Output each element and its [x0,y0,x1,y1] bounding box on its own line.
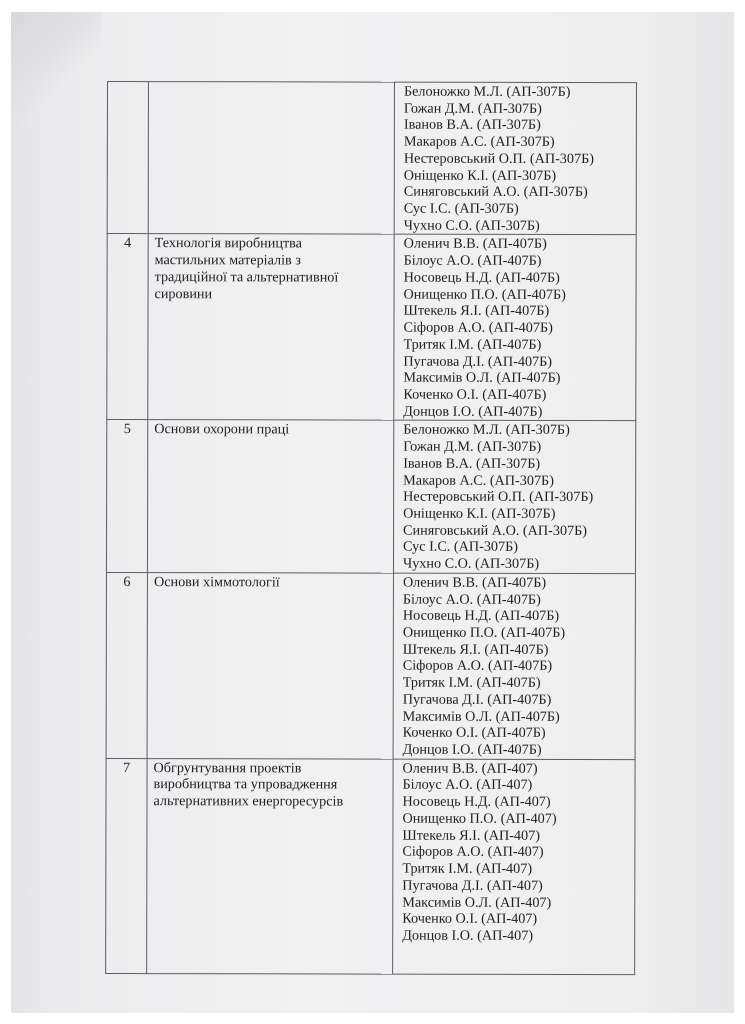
student-entry: Штекель Я.І. (АП-407) [402,827,634,844]
student-entry: Нестеровський О.П. (АП-307Б) [404,150,636,167]
student-entry: Чухно С.О. (АП-307Б) [404,217,636,234]
subject-cell [148,82,394,235]
student-entry: Пугачова Д.І. (АП-407) [402,877,634,894]
student-entry: Тритяк І.М. (АП-407Б) [403,336,635,353]
student-entry: Максимів О.Л. (АП-407) [402,894,634,911]
student-entry: Іванов В.А. (АП-307Б) [404,117,636,134]
table-row: 6 Основи хіммотології Оленич В.В. (АП-40… [106,572,635,759]
row-number-cell: 6 [106,572,147,758]
student-entry: Сус І.С. (АП-307Б) [403,539,635,556]
student-entry: Тритяк І.М. (АП-407Б) [403,675,635,692]
student-entry: Онищенко П.О. (АП-407) [402,811,634,828]
student-list: Белоножко М.Л. (АП-307Б)Гожан Д.М. (АП-3… [404,83,636,235]
student-entry: Носовець Н.Д. (АП-407Б) [403,608,635,625]
students-cell: Оленич В.В. (АП-407Б)Білоус А.О. (АП-407… [394,235,636,421]
student-entry: Коченко О.І. (АП-407Б) [403,725,635,742]
page-fold-shadow [11,12,101,132]
subject-name: Основи хіммотології [154,573,386,591]
row-number: 5 [107,420,147,438]
student-entry: Чухно С.О. (АП-307Б) [403,556,635,573]
student-entry: Носовець Н.Д. (АП-407Б) [404,270,636,287]
student-entry: Белоножко М.Л. (АП-307Б) [404,84,636,101]
table-row: 4 Технологія виробництва мастильних мате… [107,234,636,421]
students-cell: Оленич В.В. (АП-407Б)Білоус А.О. (АП-407… [393,573,635,759]
student-entry: Макаров А.С. (АП-307Б) [403,472,635,489]
student-entry: Синяговський А.О. (АП-307Б) [403,522,635,539]
student-entry: Оленич В.В. (АП-407Б) [403,574,635,591]
student-entry: Сіфоров А.О. (АП-407Б) [403,320,635,337]
student-entry: Сіфоров А.О. (АП-407) [402,844,634,861]
student-entry: Пугачова Д.І. (АП-407Б) [403,691,635,708]
student-entry: Оніщенко К.І. (АП-307Б) [404,167,636,184]
student-entry: Штекель Я.І. (АП-407Б) [403,641,635,658]
row-number: 7 [107,759,147,777]
row-number [108,82,148,83]
student-list: Оленич В.В. (АП-407)Білоус А.О. (АП-407)… [402,759,634,944]
student-entry: Тритяк І.М. (АП-407) [402,861,634,878]
student-entry: Донцов І.О. (АП-407) [402,928,634,945]
student-entry: Носовець Н.Д. (АП-407) [402,794,634,811]
students-cell: Оленич В.В. (АП-407)Білоус А.О. (АП-407)… [393,759,635,975]
student-entry: Оніщенко К.І. (АП-307Б) [403,506,635,523]
student-entry: Оленич В.В. (АП-407Б) [404,236,636,253]
row-number-cell: 4 [107,234,148,420]
row-number-cell [107,82,148,235]
students-cell: Белоножко М.Л. (АП-307Б)Гожан Д.М. (АП-3… [394,82,636,235]
student-entry: Донцов І.О. (АП-407Б) [403,742,635,759]
student-entry: Белоножко М.Л. (АП-307Б) [403,422,635,439]
student-entry: Білоус А.О. (АП-407Б) [403,591,635,608]
student-entry: Пугачова Д.І. (АП-407Б) [403,353,635,370]
student-list: Оленич В.В. (АП-407Б)Білоус А.О. (АП-407… [403,573,635,758]
subject-name: Основи охорони праці [154,420,386,438]
students-cell: Белоножко М.Л. (АП-307Б)Гожан Д.М. (АП-3… [393,420,635,573]
student-entry: Сус І.С. (АП-307Б) [404,201,636,218]
student-entry: Донцов І.О. (АП-407Б) [403,403,635,420]
row-number-cell: 5 [106,420,147,573]
subject-cell: Обгрунтування проектів виробництва та уп… [147,758,393,974]
student-entry: Гожан Д.М. (АП-307Б) [403,439,635,456]
table-row: Белоножко М.Л. (АП-307Б)Гожан Д.М. (АП-3… [107,82,636,236]
student-entry: Нестеровський О.П. (АП-307Б) [403,489,635,506]
student-entry: Штекель Я.І. (АП-407Б) [404,303,636,320]
subject-cell: Технологія виробництва мастильних матері… [148,234,394,420]
table-row: 7 Обгрунтування проектів виробництва та … [106,758,635,974]
subject-name: Обгрунтування проектів виробництва та уп… [153,759,385,811]
student-entry: Макаров А.С. (АП-307Б) [404,134,636,151]
student-entry: Онищенко П.О. (АП-407Б) [404,286,636,303]
student-entry: Іванов В.А. (АП-307Б) [403,455,635,472]
row-number: 6 [107,573,147,591]
student-entry: Білоус А.О. (АП-407Б) [404,253,636,270]
student-list: Белоножко М.Л. (АП-307Б)Гожан Д.М. (АП-3… [403,421,635,573]
student-entry: Оленич В.В. (АП-407) [403,760,635,777]
student-entry: Максимів О.Л. (АП-407Б) [403,370,635,387]
student-entry: Білоус А.О. (АП-407) [403,777,635,794]
student-entry: Синяговський А.О. (АП-307Б) [404,184,636,201]
student-entry: Онищенко П.О. (АП-407Б) [403,625,635,642]
subject-cell: Основи хіммотології [147,572,393,758]
student-entry: Сіфоров А.О. (АП-407Б) [403,658,635,675]
student-entry: Максимів О.Л. (АП-407Б) [403,708,635,725]
row-number: 4 [108,234,148,252]
student-entry: Коченко О.І. (АП-407) [402,911,634,928]
table-row: 5 Основи охорони праці Белоножко М.Л. (А… [106,420,635,574]
subject-cell: Основи охорони праці [147,420,393,573]
student-list: Оленич В.В. (АП-407Б)Білоус А.О. (АП-407… [403,235,635,420]
student-entry: Гожан Д.М. (АП-307Б) [404,100,636,117]
row-number-cell: 7 [106,758,147,973]
subject-name [155,82,387,83]
student-entry: Коченко О.І. (АП-407Б) [403,387,635,404]
subject-name: Технологія виробництва мастильних матері… [155,235,387,303]
assignment-table: Белоножко М.Л. (АП-307Б)Гожан Д.М. (АП-3… [105,81,637,975]
